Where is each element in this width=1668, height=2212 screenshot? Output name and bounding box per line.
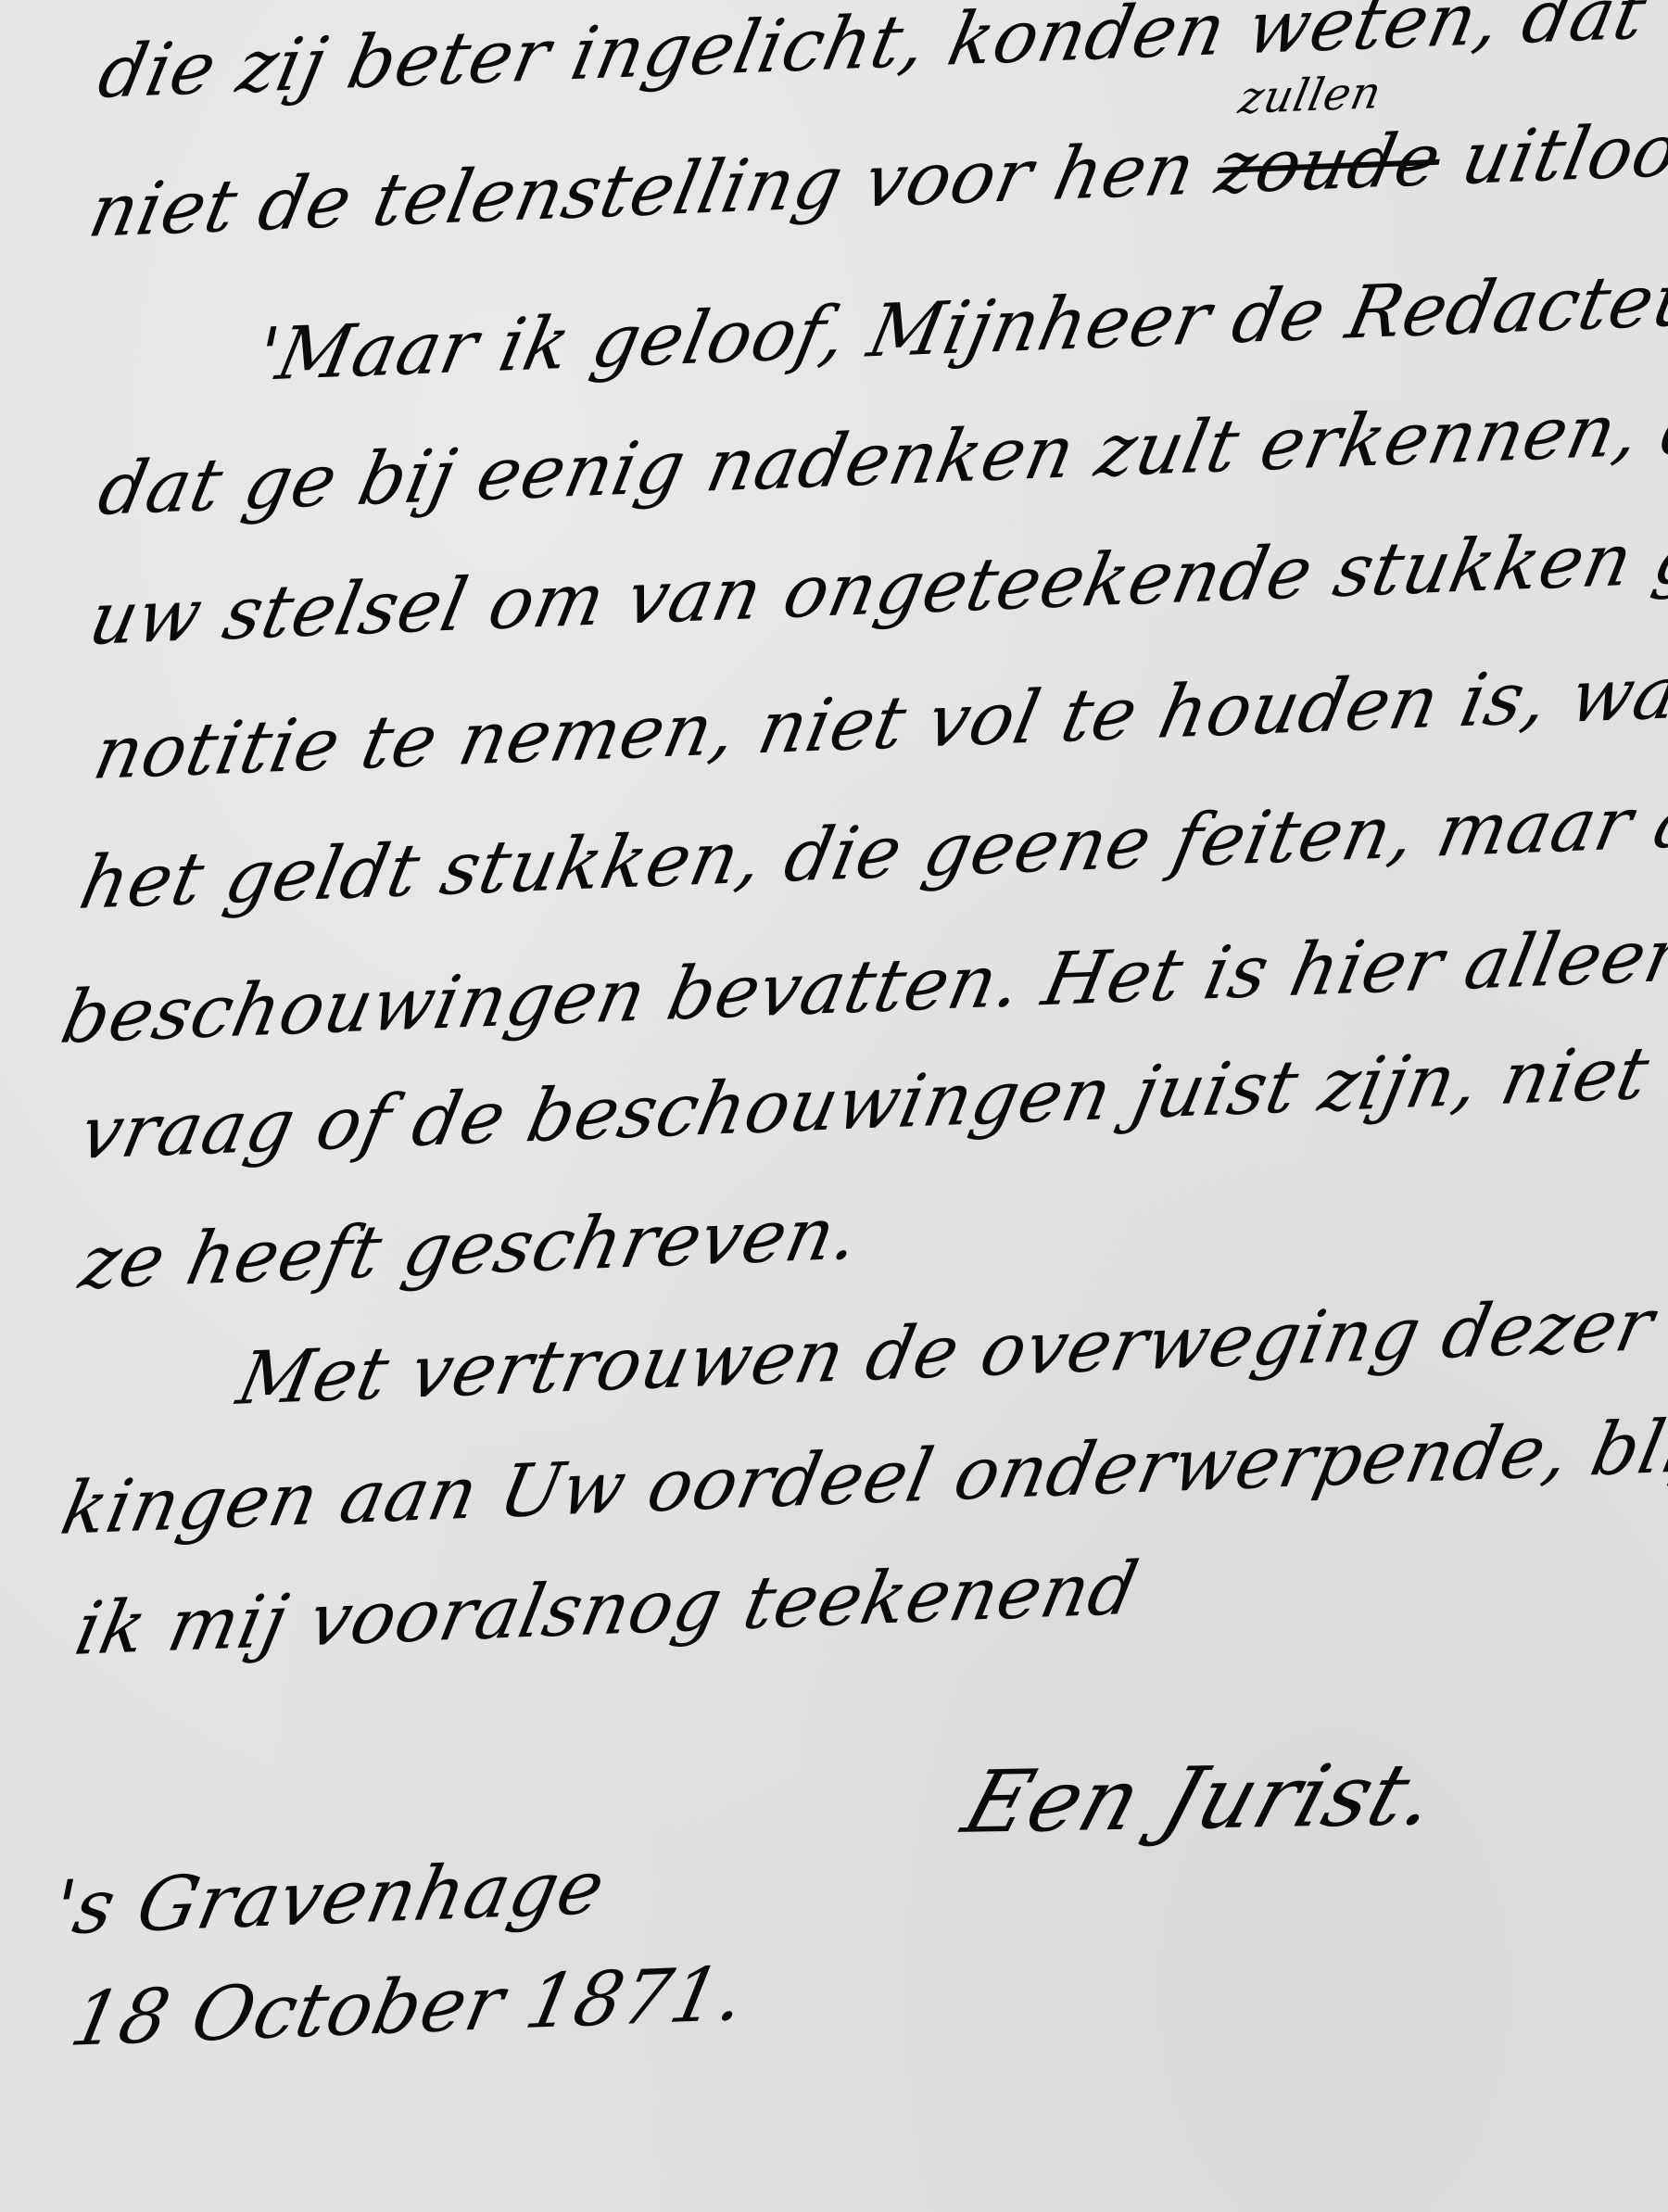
letter-line-8: beschouwingen bevatten. Het is hier alle…	[56, 915, 1668, 1055]
struck-word: zoude	[1209, 118, 1448, 210]
place: 's Gravenhage	[46, 1851, 612, 1946]
letter-line-11: Met vertrouwen de overweging dezer opme-	[232, 1279, 1668, 1416]
date: 18 October 1871.	[65, 1956, 752, 2057]
letter-line-12: kingen aan Uw oordeel onderwerpende, bli…	[56, 1409, 1668, 1546]
letter-page: die zij beter ingelicht, konden weten, d…	[0, 0, 1668, 2212]
letter-line-4: dat ge bij eenig nadenken zult erkennen,…	[93, 388, 1668, 526]
letter-line-13: ik mij vooralsnog teekenend	[69, 1552, 1144, 1666]
letter-line-1: die zij beter ingelicht, konden weten, d…	[93, 0, 1668, 109]
letter-line-9: vraag of de beschouwingen juist zijn, ni…	[74, 1031, 1668, 1170]
signature: Een Jurist.	[954, 1752, 1447, 1846]
letter-line-6: notitie te nemen, niet vol te houden is,…	[88, 653, 1668, 790]
letter-line-7: het geldt stukken, die geene feiten, maa…	[74, 778, 1668, 920]
letter-line-10: ze heeft geschreven.	[74, 1197, 866, 1300]
inserted-word: zullen	[1235, 70, 1385, 120]
correction: zullen zoude	[1210, 123, 1447, 205]
letter-line-2: niet de telenstelling voor hen zullen zo…	[83, 109, 1668, 248]
line-2-text-before: niet de telenstelling voor hen	[82, 128, 1203, 255]
line-2-text-after: uitloopen	[1455, 104, 1668, 201]
letter-line-5: uw stelsel om van ongeteekende stukken g…	[83, 516, 1668, 656]
letter-line-3: 'Maar ik geloof, Mijnheer de Redacteur,	[250, 261, 1668, 392]
